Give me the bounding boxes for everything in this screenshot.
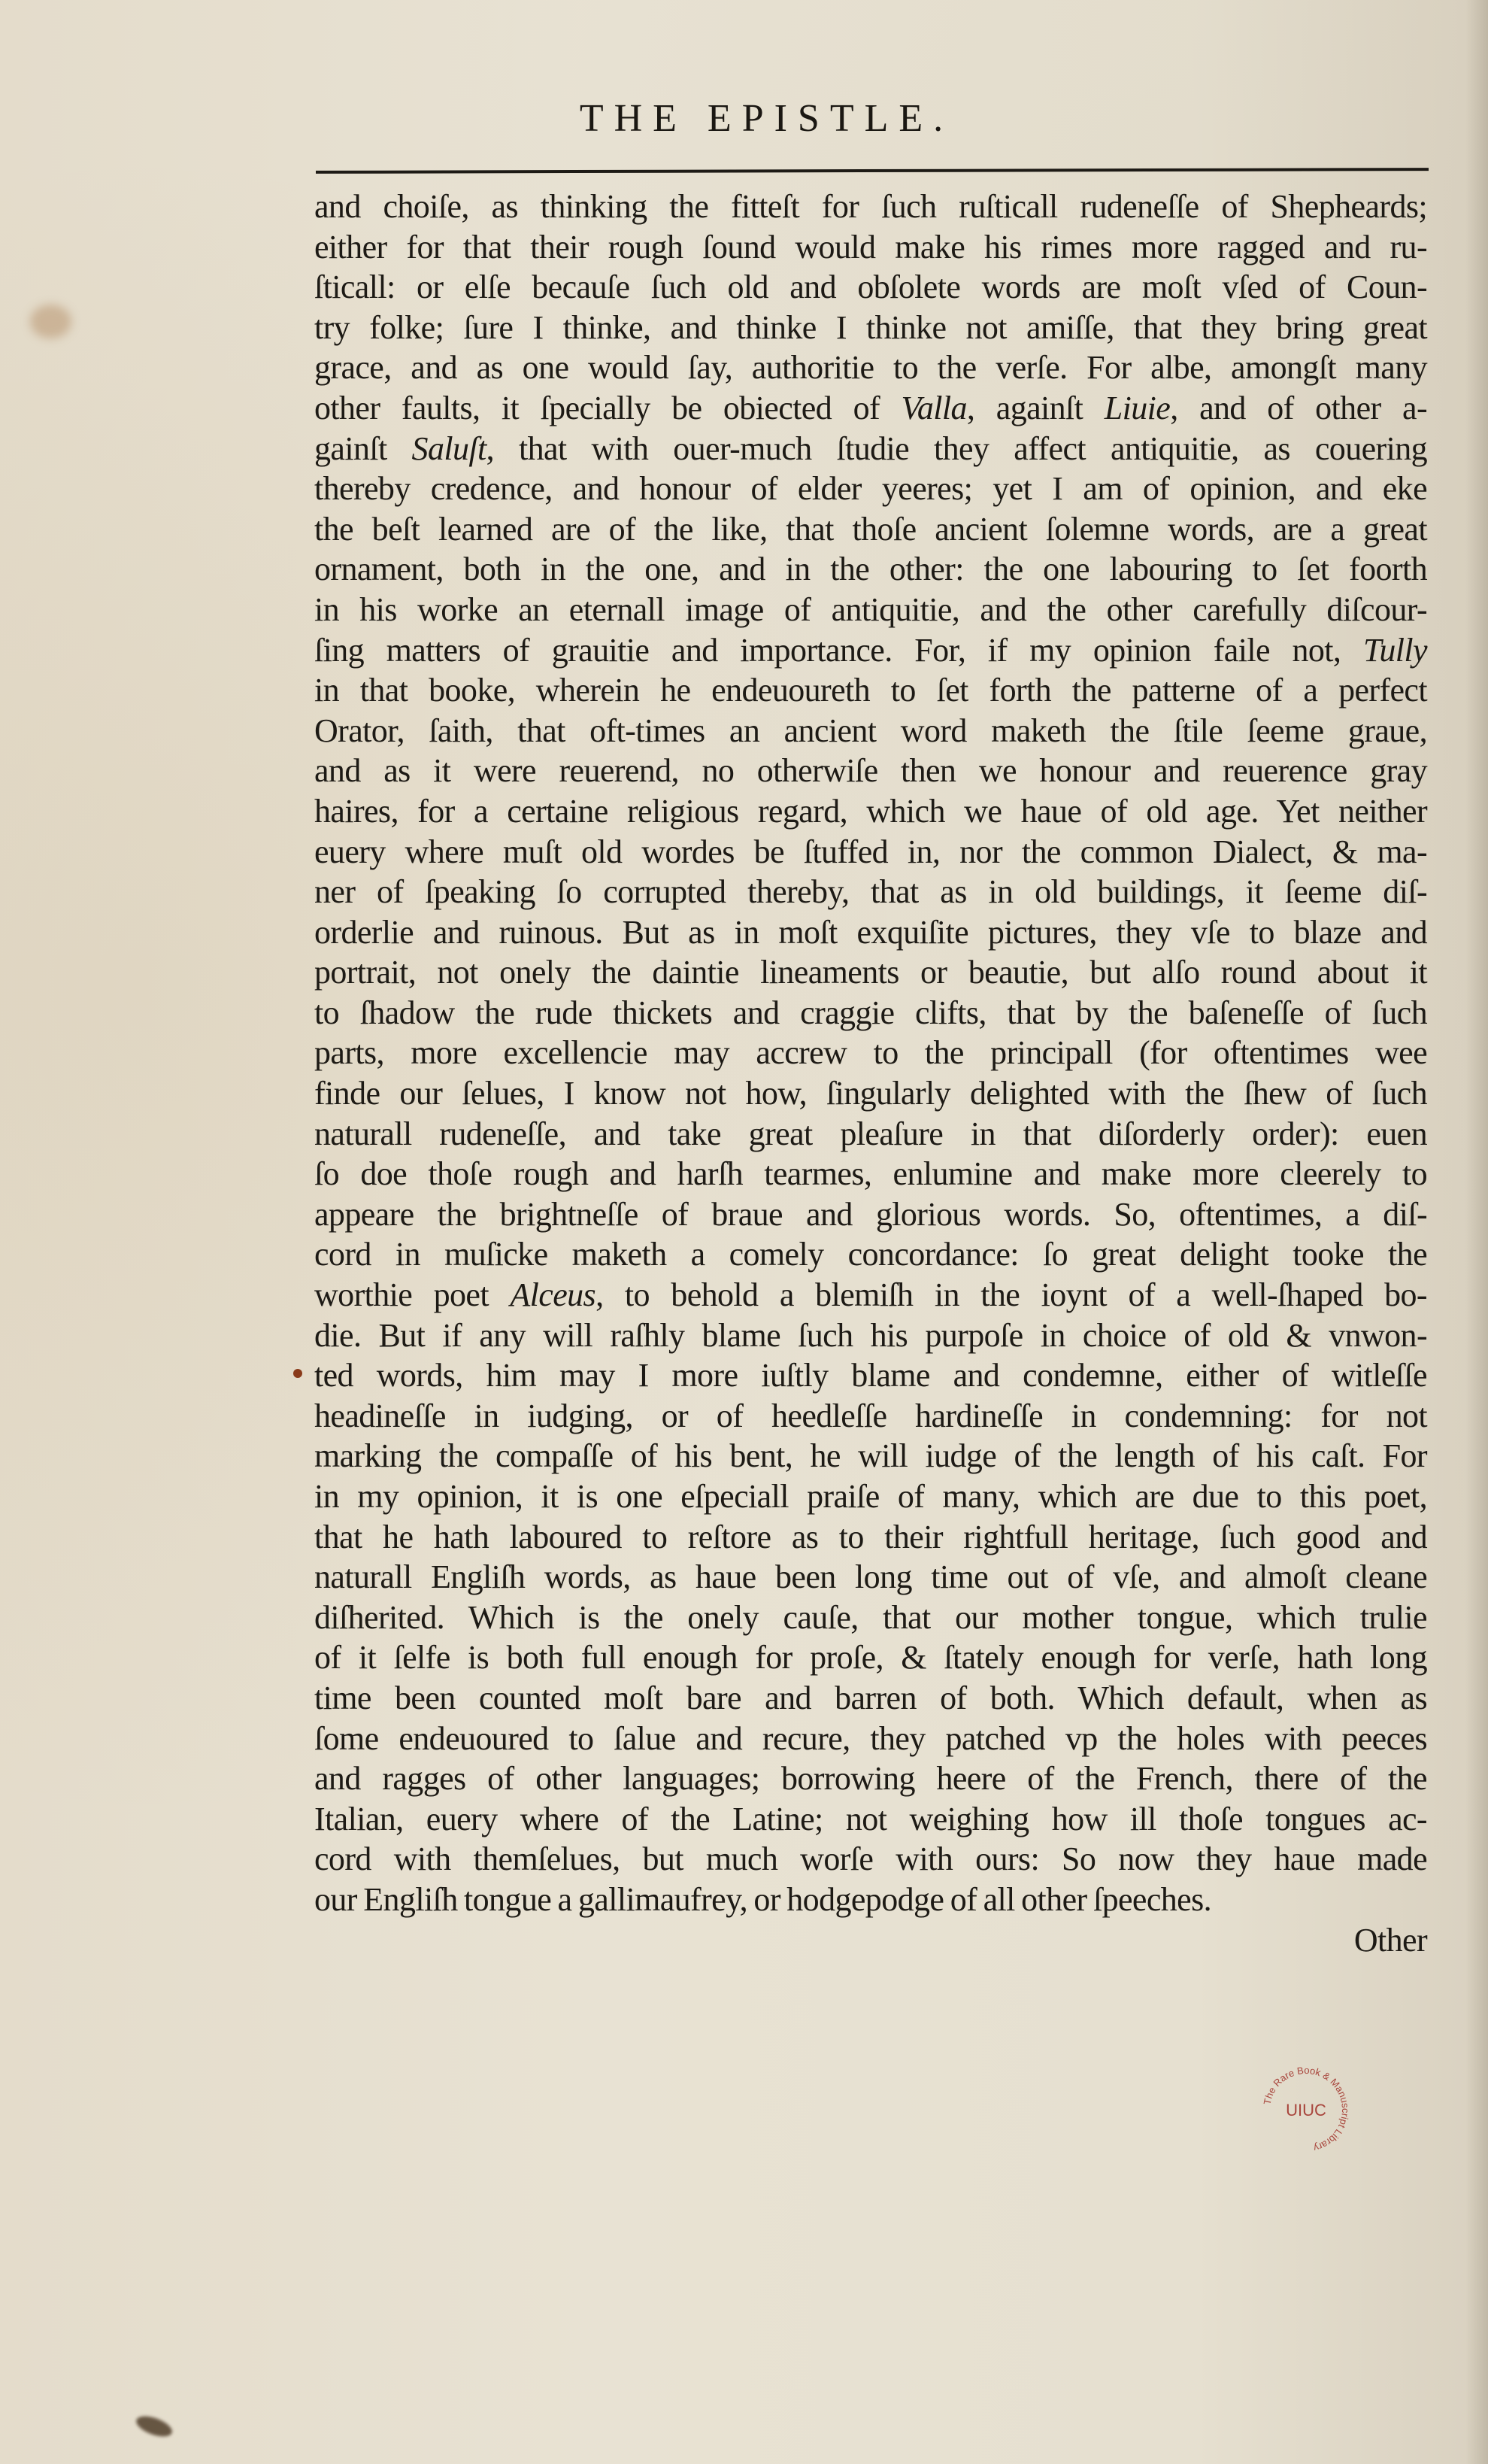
- text-line: try folke; ſure I thinke, and thinke I t…: [314, 308, 1427, 348]
- text-run: thereby credence, and honour of elder ye…: [314, 470, 1427, 507]
- text-line: in my opinion, it is one eſpeciall praiſ…: [314, 1476, 1427, 1517]
- text-line: ted words, him may I more iuſtly blame a…: [314, 1355, 1427, 1396]
- text-line: grace, and as one would ſay, authoritie …: [314, 347, 1427, 388]
- text-run: , to behold a blemiſh in the ioynt of a …: [596, 1276, 1427, 1313]
- text-run: worthie poet: [314, 1276, 510, 1313]
- text-line: and as it were reuerend, no otherwiſe th…: [314, 751, 1427, 791]
- italic-name: Liuie: [1105, 390, 1170, 426]
- text-run: finde our ſelues, I know not how, ſingul…: [314, 1075, 1427, 1112]
- text-run: naturall rudeneſſe, and take great pleaſ…: [314, 1115, 1427, 1152]
- text-line: cord in muſicke maketh a comely concorda…: [314, 1234, 1427, 1275]
- text-run: parts, more excellencie may accrew to th…: [314, 1034, 1427, 1071]
- text-line: naturall rudeneſſe, and take great pleaſ…: [314, 1114, 1427, 1155]
- text-line: headineſſe in iudging, or of heedleſſe h…: [314, 1396, 1427, 1437]
- text-line: the beſt learned are of the like, that t…: [314, 509, 1427, 550]
- text-line: appeare the brightneſſe of braue and glo…: [314, 1194, 1427, 1235]
- text-run: ſing matters of grauitie and importance.…: [314, 632, 1363, 669]
- text-line: ornament, both in the one, and in the ot…: [314, 549, 1427, 590]
- text-line: cord with themſelues, but much worſe wit…: [314, 1839, 1427, 1880]
- library-stamp-icon: The Rare Book & Manuscript Library UIUC: [1253, 2057, 1359, 2162]
- text-line: time been counted moſt bare and barren o…: [314, 1678, 1427, 1719]
- text-line: ſticall: or elſe becauſe ſuch old and ob…: [314, 267, 1427, 308]
- text-line: ſome endeuoured to ſalue and recure, the…: [314, 1719, 1427, 1759]
- text-run: Orator, ſaith, that oft-times an ancient…: [314, 712, 1427, 749]
- text-line: in his worke an eternall image of antiqu…: [314, 590, 1427, 630]
- text-line: parts, more excellencie may accrew to th…: [314, 1033, 1427, 1073]
- head-rule: [316, 168, 1429, 174]
- text-run: ſticall: or elſe becauſe ſuch old and ob…: [314, 269, 1427, 305]
- text-line: die. But if any will raſhly blame ſuch h…: [314, 1315, 1427, 1356]
- italic-name: Alceus: [510, 1276, 596, 1313]
- text-run: to ſhadow the rude thickets and craggie …: [314, 994, 1427, 1031]
- text-run: the beſt learned are of the like, that t…: [314, 511, 1427, 548]
- text-run: in that booke, wherein he endeuoureth to…: [314, 672, 1427, 709]
- text-line: worthie poet Alceus, to behold a blemiſh…: [314, 1275, 1427, 1315]
- text-line: naturall Engliſh words, as haue been lon…: [314, 1557, 1427, 1598]
- text-run: portrait, not onely the daintie lineamen…: [314, 954, 1427, 991]
- italic-name: Saluſt: [412, 430, 486, 467]
- text-line: of it ſelfe is both full enough for proſ…: [314, 1637, 1427, 1678]
- text-run: cord in muſicke maketh a comely concorda…: [314, 1236, 1427, 1273]
- text-run: , againſt: [967, 390, 1105, 426]
- text-run: of it ſelfe is both full enough for proſ…: [314, 1639, 1427, 1676]
- body-text: and choiſe, as thinking the fitteſt for …: [314, 187, 1427, 1960]
- text-run: appeare the brightneſſe of braue and glo…: [314, 1196, 1427, 1233]
- text-run: haires, for a certaine religious regard,…: [314, 793, 1427, 830]
- text-run: ner of ſpeaking ſo corrupted thereby, th…: [314, 873, 1427, 910]
- text-run: , that with ouer-much ſtudie they affect…: [486, 430, 1427, 467]
- text-line: gainſt Saluſt, that with ouer-much ſtudi…: [314, 429, 1427, 469]
- italic-name: Valla: [901, 390, 966, 426]
- text-run: gainſt: [314, 430, 412, 467]
- foxing-stain: [30, 305, 71, 338]
- text-run: marking the compaſſe of his bent, he wil…: [314, 1437, 1427, 1474]
- catchword: Other: [314, 1920, 1427, 1961]
- text-run: time been counted moſt bare and barren o…: [314, 1680, 1427, 1716]
- text-line: orderlie and ruinous. But as in moſt exq…: [314, 912, 1427, 953]
- text-line: portrait, not onely the daintie lineamen…: [314, 952, 1427, 993]
- text-run: euery where muſt old wordes be ſtuffed i…: [314, 833, 1427, 870]
- text-run: ſo doe thoſe rough and harſh tearmes, en…: [314, 1155, 1427, 1192]
- running-head: THE EPISTLE.: [0, 96, 1488, 141]
- italic-name: Tully: [1363, 632, 1427, 669]
- text-run: ſome endeuoured to ſalue and recure, the…: [314, 1720, 1427, 1757]
- text-run: , and of other a-: [1170, 390, 1427, 426]
- text-line: Italian, euery where of the Latine; not …: [314, 1799, 1427, 1840]
- text-run: die. But if any will raſhly blame ſuch h…: [314, 1317, 1427, 1354]
- text-line: ner of ſpeaking ſo corrupted thereby, th…: [314, 872, 1427, 912]
- page-edge-shadow: [1465, 0, 1488, 2464]
- text-line: ſo doe thoſe rough and harſh tearmes, en…: [314, 1154, 1427, 1194]
- text-line: ſing matters of grauitie and importance.…: [314, 630, 1427, 671]
- text-line: diſherited. Which is the onely cauſe, th…: [314, 1598, 1427, 1638]
- text-run: ornament, both in the one, and in the ot…: [314, 551, 1427, 587]
- text-line: that he hath laboured to reſtore as to t…: [314, 1517, 1427, 1558]
- text-line: and choiſe, as thinking the fitteſt for …: [314, 187, 1427, 227]
- text-run: headineſſe in iudging, or of heedleſſe h…: [314, 1397, 1427, 1434]
- ink-dot: [293, 1369, 302, 1378]
- text-run: orderlie and ruinous. But as in moſt exq…: [314, 914, 1427, 951]
- text-line: and ragges of other languages; borrowing…: [314, 1758, 1427, 1799]
- text-run: diſherited. Which is the onely cauſe, th…: [314, 1599, 1427, 1636]
- text-line: to ſhadow the rude thickets and craggie …: [314, 993, 1427, 1033]
- text-run: grace, and as one would ſay, authoritie …: [314, 349, 1427, 386]
- text-run: other faults, it ſpecially be obiected o…: [314, 390, 901, 426]
- text-line: haires, for a certaine religious regard,…: [314, 791, 1427, 832]
- text-run: in my opinion, it is one eſpeciall praiſ…: [314, 1478, 1427, 1515]
- text-run: Italian, euery where of the Latine; not …: [314, 1801, 1427, 1837]
- text-run: our Engliſh tongue a gallimaufrey, or ho…: [314, 1881, 1211, 1918]
- text-line: in that booke, wherein he endeuoureth to…: [314, 670, 1427, 711]
- text-line: thereby credence, and honour of elder ye…: [314, 469, 1427, 509]
- text-run: ted words, him may I more iuſtly blame a…: [314, 1357, 1427, 1394]
- text-run: that he hath laboured to reſtore as to t…: [314, 1519, 1427, 1555]
- text-line: our Engliſh tongue a gallimaufrey, or ho…: [314, 1880, 1427, 1920]
- text-line: euery where muſt old wordes be ſtuffed i…: [314, 832, 1427, 872]
- ink-blot: [134, 2412, 175, 2441]
- text-run: and as it were reuerend, no otherwiſe th…: [314, 752, 1427, 789]
- text-run: cord with themſelues, but much worſe wit…: [314, 1840, 1427, 1877]
- text-run: and ragges of other languages; borrowing…: [314, 1760, 1427, 1797]
- text-run: in his worke an eternall image of antiqu…: [314, 591, 1427, 628]
- text-run: naturall Engliſh words, as haue been lon…: [314, 1558, 1427, 1595]
- text-run: and choiſe, as thinking the fitteſt for …: [314, 188, 1427, 225]
- text-line: either for that their rough ſound would …: [314, 227, 1427, 268]
- library-stamp: The Rare Book & Manuscript Library UIUC: [1253, 2057, 1359, 2162]
- text-line: Orator, ſaith, that oft-times an ancient…: [314, 711, 1427, 751]
- text-run: try folke; ſure I thinke, and thinke I t…: [314, 309, 1427, 346]
- text-line: marking the compaſſe of his bent, he wil…: [314, 1436, 1427, 1476]
- text-line: other faults, it ſpecially be obiected o…: [314, 388, 1427, 429]
- stamp-center-text: UIUC: [1286, 2101, 1326, 2120]
- text-line: finde our ſelues, I know not how, ſingul…: [314, 1073, 1427, 1114]
- text-run: either for that their rough ſound would …: [314, 229, 1427, 266]
